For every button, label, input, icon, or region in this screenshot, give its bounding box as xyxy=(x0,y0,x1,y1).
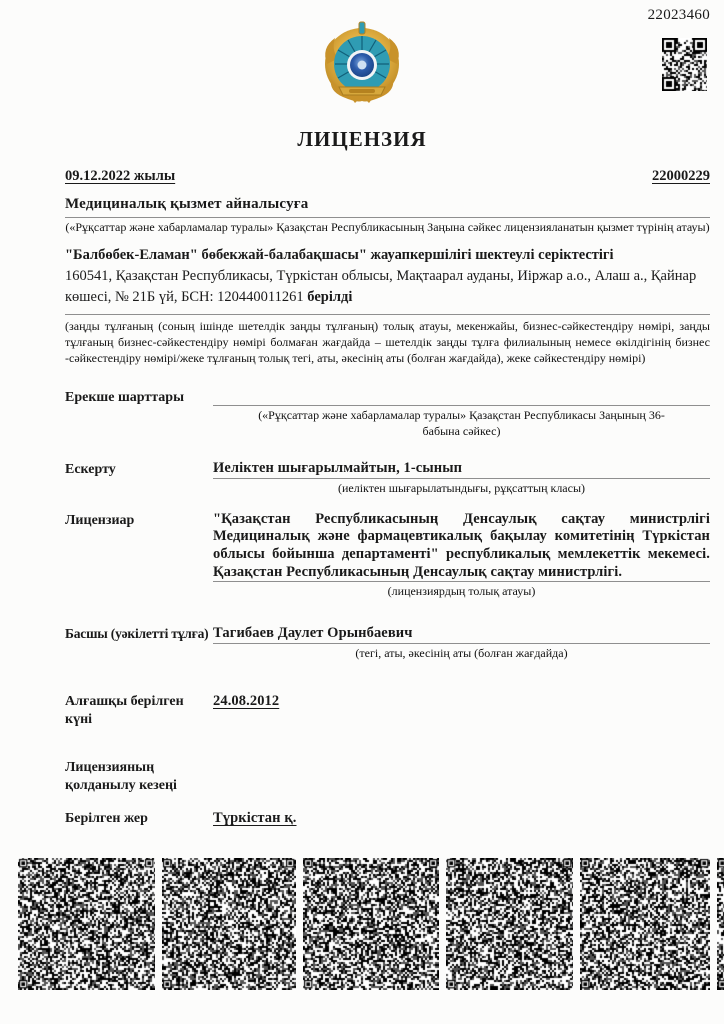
page-title: ЛИЦЕНЗИЯ xyxy=(0,127,724,152)
date-row: 09.12.2022 жылы 22000229 xyxy=(65,168,710,185)
field-label: Ерекше шарттары xyxy=(65,388,213,407)
licensee-note: (заңды тұлғаның (соның ішінде шетелдік з… xyxy=(65,318,710,367)
kazakhstan-emblem-icon xyxy=(319,21,405,110)
field-label: Басшы (уәкілетті тұлға) xyxy=(65,625,213,643)
data-matrix-block xyxy=(717,858,724,990)
field-label: Ескерту xyxy=(65,460,213,479)
issued-word: берілді xyxy=(307,289,352,305)
data-matrix-block xyxy=(580,858,710,990)
field-label: Лицензиар xyxy=(65,511,213,530)
data-matrix-block xyxy=(18,858,155,990)
field-value: 24.08.2012 xyxy=(213,693,279,709)
data-matrix-block xyxy=(446,858,573,990)
divider xyxy=(65,314,710,315)
field-issue-place: Берілген жер Түркістан қ. xyxy=(65,809,710,828)
field-value-blank xyxy=(213,388,710,406)
activity-note: («Рұқсаттар және хабарламалар туралы» Қа… xyxy=(65,220,710,236)
field-value: Иеліктен шығарылмайтын, 1-сынып xyxy=(213,460,710,479)
licensee-address: 160541, Қазақстан Республикасы, Түркіста… xyxy=(65,266,710,308)
field-special-conditions: Ерекше шарттары («Рұқсаттар және хабарла… xyxy=(65,388,710,439)
field-licensor: Лицензиар "Қазақстан Республикасының Ден… xyxy=(65,511,710,600)
field-value: Түркістан қ. xyxy=(213,810,297,826)
qr-code-icon xyxy=(662,38,707,91)
licensee-address-text: 160541, Қазақстан Республикасы, Түркіста… xyxy=(65,268,696,305)
field-remark: Ескерту Иеліктен шығарылмайтын, 1-сынып … xyxy=(65,460,710,496)
field-validity-period: Лицензияның қолданылу кезеңі xyxy=(65,758,710,794)
licensee-name: "Балбөбек-Еламан" бөбекжай-балабақшасы" … xyxy=(65,247,710,264)
license-document: 22023460 xyxy=(0,0,724,1024)
activity-heading: Медициналық қызмет айналысуға xyxy=(65,196,710,213)
data-matrix-block xyxy=(303,858,439,990)
field-label: Алғашқы берілген күні xyxy=(65,692,213,728)
field-head: Басшы (уәкілетті тұлға) Тагибаев Даулет … xyxy=(65,625,710,661)
field-first-issue-date: Алғашқы берілген күні 24.08.2012 xyxy=(65,692,710,728)
field-label: Лицензияның қолданылу кезеңі xyxy=(65,758,213,794)
field-label: Берілген жер xyxy=(65,809,213,828)
data-matrix-strip xyxy=(18,858,724,990)
field-note: («Рұқсаттар және хабарламалар туралы» Қа… xyxy=(242,408,682,439)
field-note: (иеліктен шығарылатындығы, рұқсаттың кла… xyxy=(213,481,710,497)
field-value: "Қазақстан Республикасының Денсаулық сақ… xyxy=(213,511,710,583)
divider xyxy=(65,217,710,218)
issue-date: 09.12.2022 жылы xyxy=(65,168,175,185)
field-note: (лицензиярдың толық атауы) xyxy=(213,584,710,600)
data-matrix-block xyxy=(162,858,296,990)
field-value: Тагибаев Даулет Орынбаевич xyxy=(213,625,710,644)
field-note: (тегі, аты, әкесінің аты (болған жағдайд… xyxy=(213,646,710,662)
document-number: 22023460 xyxy=(648,7,710,24)
license-number: 22000229 xyxy=(652,168,710,185)
